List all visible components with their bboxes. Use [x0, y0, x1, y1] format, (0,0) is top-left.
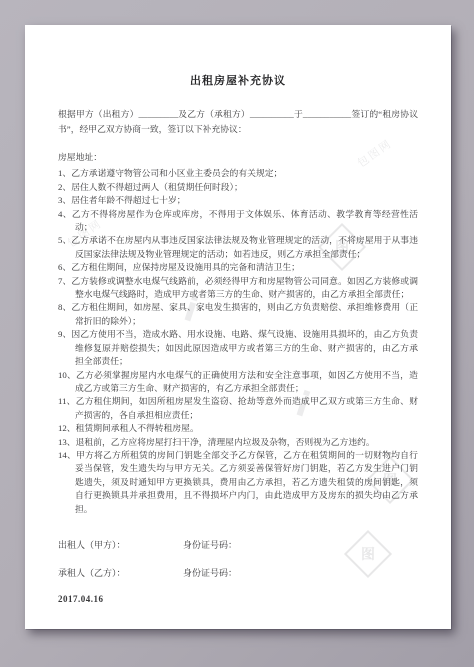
address-label: 房屋地址：	[58, 151, 418, 164]
signature-row-tenant: 承租人（乙方）： 身份证号码：	[58, 567, 418, 579]
document-date: 2017.04.16	[58, 594, 418, 604]
clause-number: 2、	[58, 182, 71, 192]
clause-text: 乙方租住期间，应保持房屋及设施用具的完备和清洁卫生；	[71, 262, 300, 272]
clause-text: 退租前，乙方应将房屋打扫干净，清理屋内垃圾及杂物，否则视为乙方违约。	[76, 437, 375, 447]
clause-item: 12、租赁期间承租人不得转租房屋。	[58, 422, 418, 435]
clause-text: 居住人数不得超过两人（租赁期任何时段）；	[71, 182, 243, 192]
clause-item: 11、乙方租住期间，如因所租房屋发生盗窃、抢劫等意外而造成甲乙双方或第三方生命、…	[58, 395, 418, 422]
page-title: 出租房屋补充协议	[58, 72, 418, 88]
clause-text: 乙方租住期间，如因所租房屋发生盗窃、抢劫等意外而造成甲乙双方或第三方生命、财产损…	[75, 396, 418, 419]
clause-text: 居住者年龄不得超过七十岁；	[71, 195, 185, 205]
clause-item: 2、居住人数不得超过两人（租赁期任何时段）；	[58, 181, 418, 194]
clause-item: 8、乙方租住期间，如房屋、家具、家电发生损害的，则由乙方负责赔偿、承担维修费用（…	[58, 301, 418, 328]
landlord-id-label: 身份证号码：	[183, 539, 237, 551]
clause-item: 4、乙方不得将房屋作为仓库或库房，不得用于文体娱乐、体育活动、教学教育等经营性活…	[58, 208, 418, 235]
clause-list: 1、乙方承诺遵守物管公司和小区业主委员会的有关规定； 2、居住人数不得超过两人（…	[58, 167, 418, 516]
clause-number: 10、	[58, 370, 76, 380]
landlord-label: 出租人（甲方）：	[58, 539, 183, 551]
clause-number: 9、	[58, 329, 71, 339]
clause-item: 14、甲方将乙方所租赁的房间门钥匙全部交予乙方保管，乙方在租赁期间的一切财物均自…	[58, 449, 418, 516]
clause-text: 租赁期间承租人不得转租房屋。	[76, 423, 199, 433]
signature-row-landlord: 出租人（甲方）： 身份证号码：	[58, 539, 418, 551]
clause-number: 3、	[58, 195, 71, 205]
clause-item: 9、因乙方使用不当，造成水路、用水设施、电路、煤气设施、设施用具损坏的，由乙方负…	[58, 328, 418, 368]
clause-text: 乙方承诺不在房屋内从事违反国家法律法规及物业管理规定的活动，不将房屋用于从事违反…	[71, 235, 418, 258]
clause-number: 11、	[58, 396, 76, 406]
clause-text: 乙方不得将房屋作为仓库或库房，不得用于文体娱乐、体育活动、教学教育等经营性活动；	[72, 209, 418, 232]
clause-number: 4、	[58, 209, 72, 219]
tenant-label: 承租人（乙方）：	[58, 567, 183, 579]
clause-number: 5、	[58, 235, 71, 245]
clause-number: 1、	[58, 168, 71, 178]
clause-number: 8、	[58, 302, 71, 312]
tenant-id-label: 身份证号码：	[183, 567, 237, 579]
clause-text: 甲方将乙方所租赁的房间门钥匙全部交予乙方保管，乙方在租赁期间的一切财物均自行妥当…	[75, 450, 418, 514]
clause-text: 乙方装修或调整水电煤气线路前，必须经得甲方和房屋物管公司同意。如因乙方装修或调整…	[71, 276, 418, 299]
clause-item: 1、乙方承诺遵守物管公司和小区业主委员会的有关规定；	[58, 167, 418, 180]
document-page: 包图网 图 i i 图 图 包图网 出租房屋补充协议 根据甲方（出租方）____…	[25, 25, 451, 629]
clause-text: 因乙方使用不当，造成水路、用水设施、电路、煤气设施、设施用具损坏的，由乙方负责维…	[71, 329, 418, 366]
clause-number: 6、	[58, 262, 71, 272]
clause-item: 6、乙方租住期间，应保持房屋及设施用具的完备和清洁卫生；	[58, 261, 418, 274]
clause-number: 7、	[58, 276, 71, 286]
intro-paragraph: 根据甲方（出租方）_________及乙方（承租方）__________于___…	[58, 107, 418, 137]
clause-number: 14、	[58, 450, 76, 460]
clause-text: 乙方必须掌握房屋内水电煤气的正确使用方法和安全注意事项，如因乙方使用不当，造成乙…	[75, 370, 418, 393]
screenshot-canvas: 包图网 图 i i 图 图 包图网 出租房屋补充协议 根据甲方（出租方）____…	[0, 0, 474, 667]
clause-text: 乙方承诺遵守物管公司和小区业主委员会的有关规定；	[71, 168, 282, 178]
clause-item: 7、乙方装修或调整水电煤气线路前，必须经得甲方和房屋物管公司同意。如因乙方装修或…	[58, 275, 418, 302]
clause-item: 3、居住者年龄不得超过七十岁；	[58, 194, 418, 207]
clause-item: 13、退租前，乙方应将房屋打扫干净，清理屋内垃圾及杂物，否则视为乙方违约。	[58, 436, 418, 449]
clause-number: 13、	[58, 437, 76, 447]
clause-item: 10、乙方必须掌握房屋内水电煤气的正确使用方法和安全注意事项，如因乙方使用不当，…	[58, 369, 418, 396]
clause-text: 乙方租住期间，如房屋、家具、家电发生损害的，则由乙方负责赔偿、承担维修费用（正常…	[71, 302, 418, 325]
clause-number: 12、	[58, 423, 76, 433]
clause-item: 5、乙方承诺不在房屋内从事违反国家法律法规及物业管理规定的活动，不将房屋用于从事…	[58, 234, 418, 261]
document-content: 出租房屋补充协议 根据甲方（出租方）_________及乙方（承租方）_____…	[25, 25, 451, 604]
